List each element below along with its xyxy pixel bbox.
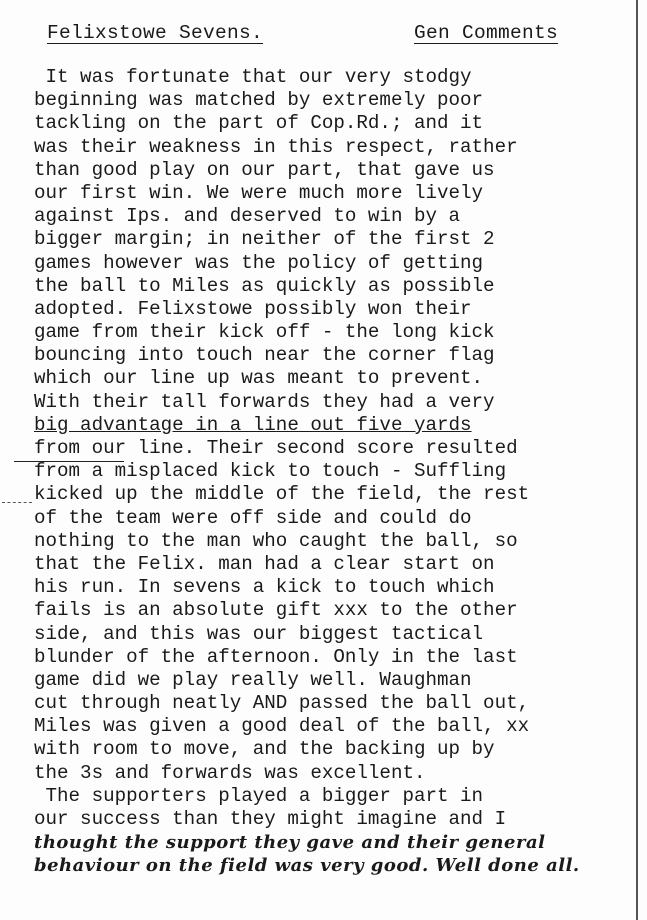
handwritten-line: thought the support they gave and their … <box>34 831 644 854</box>
text-line: from our line. Their second score result… <box>34 437 644 460</box>
margin-dash <box>2 502 32 503</box>
text-line: which our line up was meant to prevent. <box>34 367 644 390</box>
text-line: game from their kick off - the long kick <box>34 321 644 344</box>
text-line: against Ips. and deserved to win by a <box>34 205 644 228</box>
document-title: Felixstowe Sevens. <box>47 22 263 44</box>
handwritten-line: behaviour on the field was very good. We… <box>34 854 644 877</box>
text-line: nothing to the man who caught the ball, … <box>34 530 644 553</box>
text-line: side, and this was our biggest tactical <box>34 623 644 646</box>
text-line: cut through neatly AND passed the ball o… <box>34 692 644 715</box>
text-line: than good play on our part, that gave us <box>34 159 644 182</box>
text-line: kicked up the middle of the field, the r… <box>34 483 644 506</box>
text-line: of the team were off side and could do <box>34 507 644 530</box>
text-line: his run. In sevens a kick to touch which <box>34 576 644 599</box>
text-line: from a misplaced kick to touch - Sufflin… <box>34 460 644 483</box>
text-line: With their tall forwards they had a very <box>34 391 644 414</box>
text-line: our success than they might imagine and … <box>34 808 644 831</box>
text-line: fails is an absolute gift xxx to the oth… <box>34 599 644 622</box>
text-line: our first win. We were much more lively <box>34 182 644 205</box>
text-line: Miles was given a good deal of the ball,… <box>34 715 644 738</box>
section-heading: Gen Comments <box>414 22 558 44</box>
text-line: big advantage in a line out five yards <box>34 414 644 437</box>
text-line: game did we play really well. Waughman <box>34 669 644 692</box>
text-line: adopted. Felixstowe possibly won their <box>34 298 644 321</box>
text-line: was their weakness in this respect, rath… <box>34 136 644 159</box>
text-line: that the Felix. man had a clear start on <box>34 553 644 576</box>
text-line: games however was the policy of getting <box>34 252 644 275</box>
text-line: bigger margin; in neither of the first 2 <box>34 228 644 251</box>
typed-body: It was fortunate that our very stodgybeg… <box>34 66 644 878</box>
text-line: blunder of the afternoon. Only in the la… <box>34 646 644 669</box>
text-line: with room to move, and the backing up by <box>34 738 644 761</box>
text-line: bouncing into touch near the corner flag <box>34 344 644 367</box>
text-line: tackling on the part of Cop.Rd.; and it <box>34 112 644 135</box>
text-line: The supporters played a bigger part in <box>34 785 644 808</box>
text-line: the ball to Miles as quickly as possible <box>34 275 644 298</box>
text-line: It was fortunate that our very stodgy <box>34 66 644 89</box>
text-line: the 3s and forwards was excellent. <box>34 762 644 785</box>
text-line: beginning was matched by extremely poor <box>34 89 644 112</box>
